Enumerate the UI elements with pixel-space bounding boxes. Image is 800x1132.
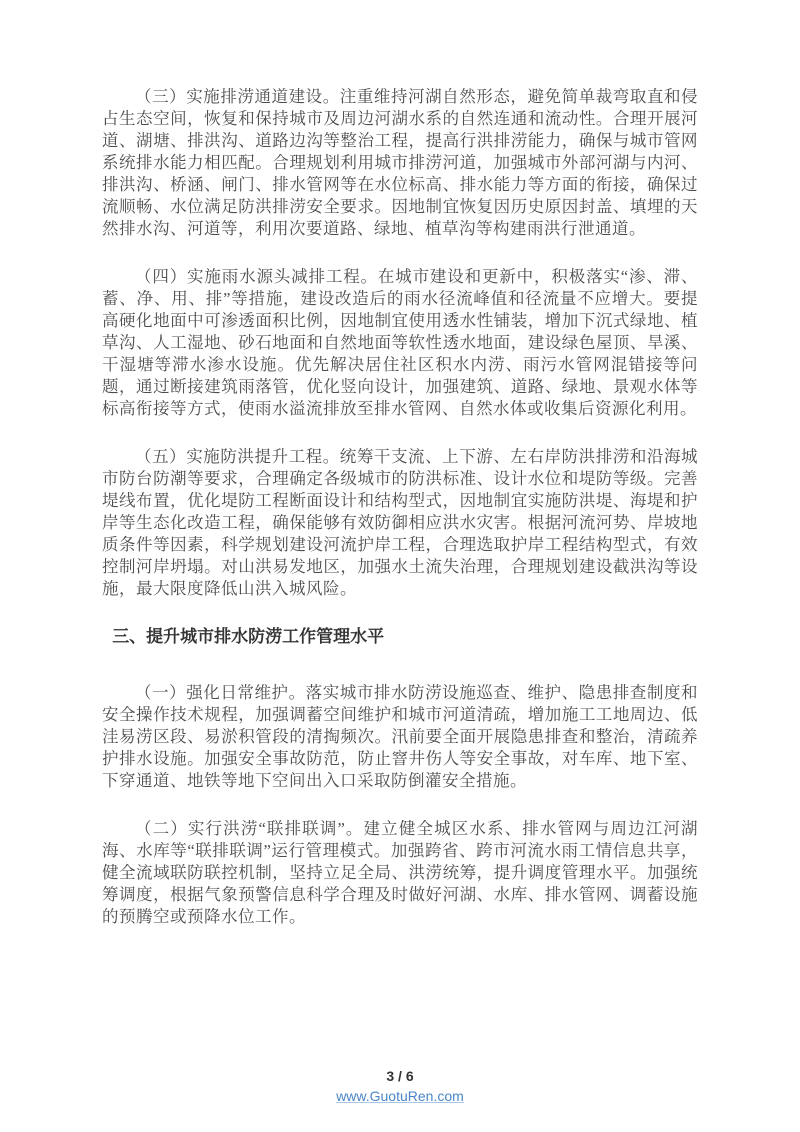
- page-footer: 3 / 6 www.GuotuRen.com: [102, 1068, 698, 1106]
- body-paragraph-2: （二）实行洪涝“联排联调”。建立健全城区水系、排水管网与周边江河湖海、水库等“联…: [102, 818, 698, 928]
- body-paragraph-4: （四）实施雨水源头减排工程。在城市建设和更新中，积极落实“渗、滞、蓄、净、用、排…: [102, 266, 698, 420]
- footer-site-link[interactable]: www.GuotuRen.com: [336, 1088, 464, 1104]
- document-content: （三）实施排涝通道建设。注重维持河湖自然形态，避免简单裁弯取直和侵占生态空间，恢…: [102, 86, 698, 954]
- body-paragraph-3: （三）实施排涝通道建设。注重维持河湖自然形态，避免简单裁弯取直和侵占生态空间，恢…: [102, 86, 698, 240]
- footer-link-wrapper: www.GuotuRen.com: [102, 1088, 698, 1106]
- page-number: 3 / 6: [102, 1068, 698, 1084]
- section-heading: 三、提升城市排水防涝工作管理水平: [102, 626, 698, 648]
- body-paragraph-1: （一）强化日常维护。落实城市排水防涝设施巡查、维护、隐患排查制度和安全操作技术规…: [102, 682, 698, 792]
- document-page: （三）实施排涝通道建设。注重维持河湖自然形态，避免简单裁弯取直和侵占生态空间，恢…: [0, 0, 800, 1132]
- body-paragraph-5: （五）实施防洪提升工程。统筹干支流、上下游、左右岸防洪排涝和沿海城市防台防潮等要…: [102, 446, 698, 600]
